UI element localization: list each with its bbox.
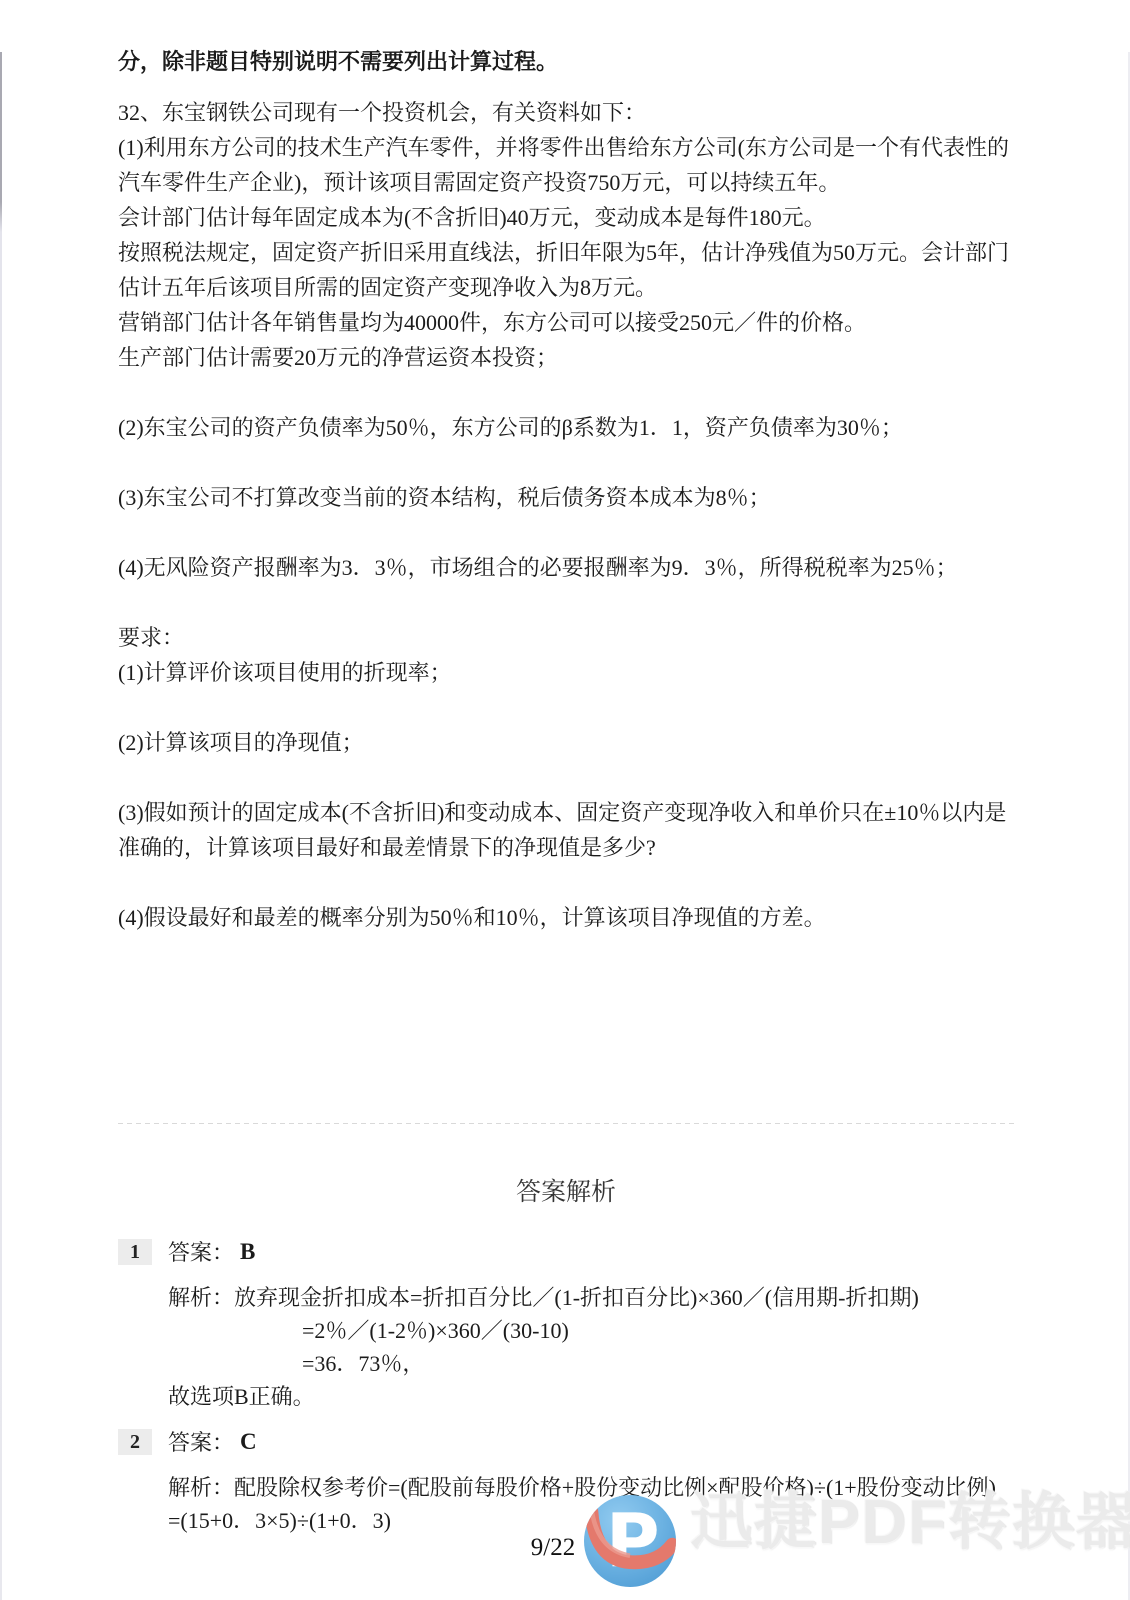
question-line: 生产部门估计需要20万元的净营运资本投资； <box>118 340 1018 375</box>
answer-analysis: 解析：放弃现金折扣成本=折扣百分比／(1-折扣百分比)×360／(信用期-折扣期… <box>118 1281 1018 1413</box>
question-line: 汽车零件生产企业)，预计该项目需固定资产投资750万元，可以持续五年。 <box>118 165 1018 200</box>
answers-heading: 答案解析 <box>118 1180 1014 1206</box>
answer-label: 答案： <box>168 1236 234 1267</box>
question-line: 32、东宝钢铁公司现有一个投资机会，有关资料如下： <box>118 95 1018 130</box>
question-line: (1)计算评价该项目使用的折现率； <box>118 655 1018 690</box>
question-line: (2)东宝公司的资产负债率为50％，东方公司的β系数为1．1，资产负债率为30％… <box>118 410 1018 445</box>
question-line: (3)东宝公司不打算改变当前的资本结构，税后债务资本成本为8％； <box>118 480 1018 515</box>
answer-conclusion: 故选项B正确。 <box>168 1380 1018 1413</box>
answer-choice: C <box>240 1429 257 1455</box>
question-line: 会计部门估计每年固定成本为(不含折旧)40万元，变动成本是每件180元。 <box>118 200 1018 235</box>
answer-row: 1 答案： B <box>118 1236 1018 1267</box>
question-line: 按照税法规定，固定资产折旧采用直线法，折旧年限为5年，估计净残值为50万元。会计… <box>118 235 1018 270</box>
answer-row: 2 答案： C <box>118 1426 1018 1457</box>
top-note: 分，除非题目特别说明不需要列出计算过程。 <box>118 44 1018 79</box>
section-divider <box>118 1123 1014 1125</box>
question-line: (2)计算该项目的净现值； <box>118 725 1018 760</box>
question-requirements-label: 要求： <box>118 620 1018 655</box>
page-edge-left <box>0 52 2 1600</box>
answer-number-badge: 1 <box>118 1239 152 1265</box>
question-line: (4)假设最好和最差的概率分别为50％和10％，计算该项目净现值的方差。 <box>118 900 1018 935</box>
svg-text:P: P <box>606 1499 660 1584</box>
pdf-document-page: 分，除非题目特别说明不需要列出计算过程。 32、东宝钢铁公司现有一个投资机会，有… <box>0 0 1130 1600</box>
answer-number-badge: 2 <box>118 1429 152 1455</box>
question-line: 准确的，计算该项目最好和最差情景下的净现值是多少? <box>118 830 1018 865</box>
question-line: (4)无风险资产报酬率为3．3％，市场组合的必要报酬率为9．3％，所得税税率为2… <box>118 550 1018 585</box>
answer-item-1: 1 答案： B 解析：放弃现金折扣成本=折扣百分比／(1-折扣百分比)×360／… <box>118 1236 1018 1413</box>
analysis-line: =2％／(1-2％)×360／(30-10) <box>302 1314 1018 1347</box>
question-section: 分，除非题目特别说明不需要列出计算过程。 32、东宝钢铁公司现有一个投资机会，有… <box>118 44 1018 935</box>
answer-label: 答案： <box>168 1426 234 1457</box>
analysis-line: =36．73％， <box>302 1347 1018 1380</box>
question-line: 估计五年后该项目所需的固定资产变现净收入为8万元。 <box>118 270 1018 305</box>
analysis-line: 解析：放弃现金折扣成本=折扣百分比／(1-折扣百分比)×360／(信用期-折扣期… <box>168 1281 1018 1314</box>
question-line: (1)利用东方公司的技术生产汽车零件，并将零件出售给东方公司(东方公司是一个有代… <box>118 130 1018 165</box>
pdf-converter-logo-icon: P <box>584 1495 676 1587</box>
watermark-text: 迅捷PDF转换器 <box>690 1488 1130 1558</box>
question-line: (3)假如预计的固定成本(不含折旧)和变动成本、固定资产变现净收入和单价只在±1… <box>118 795 1018 830</box>
question-line: 营销部门估计各年销售量均为40000件，东方公司可以接受250元／件的价格。 <box>118 305 1018 340</box>
answer-choice: B <box>240 1239 255 1265</box>
